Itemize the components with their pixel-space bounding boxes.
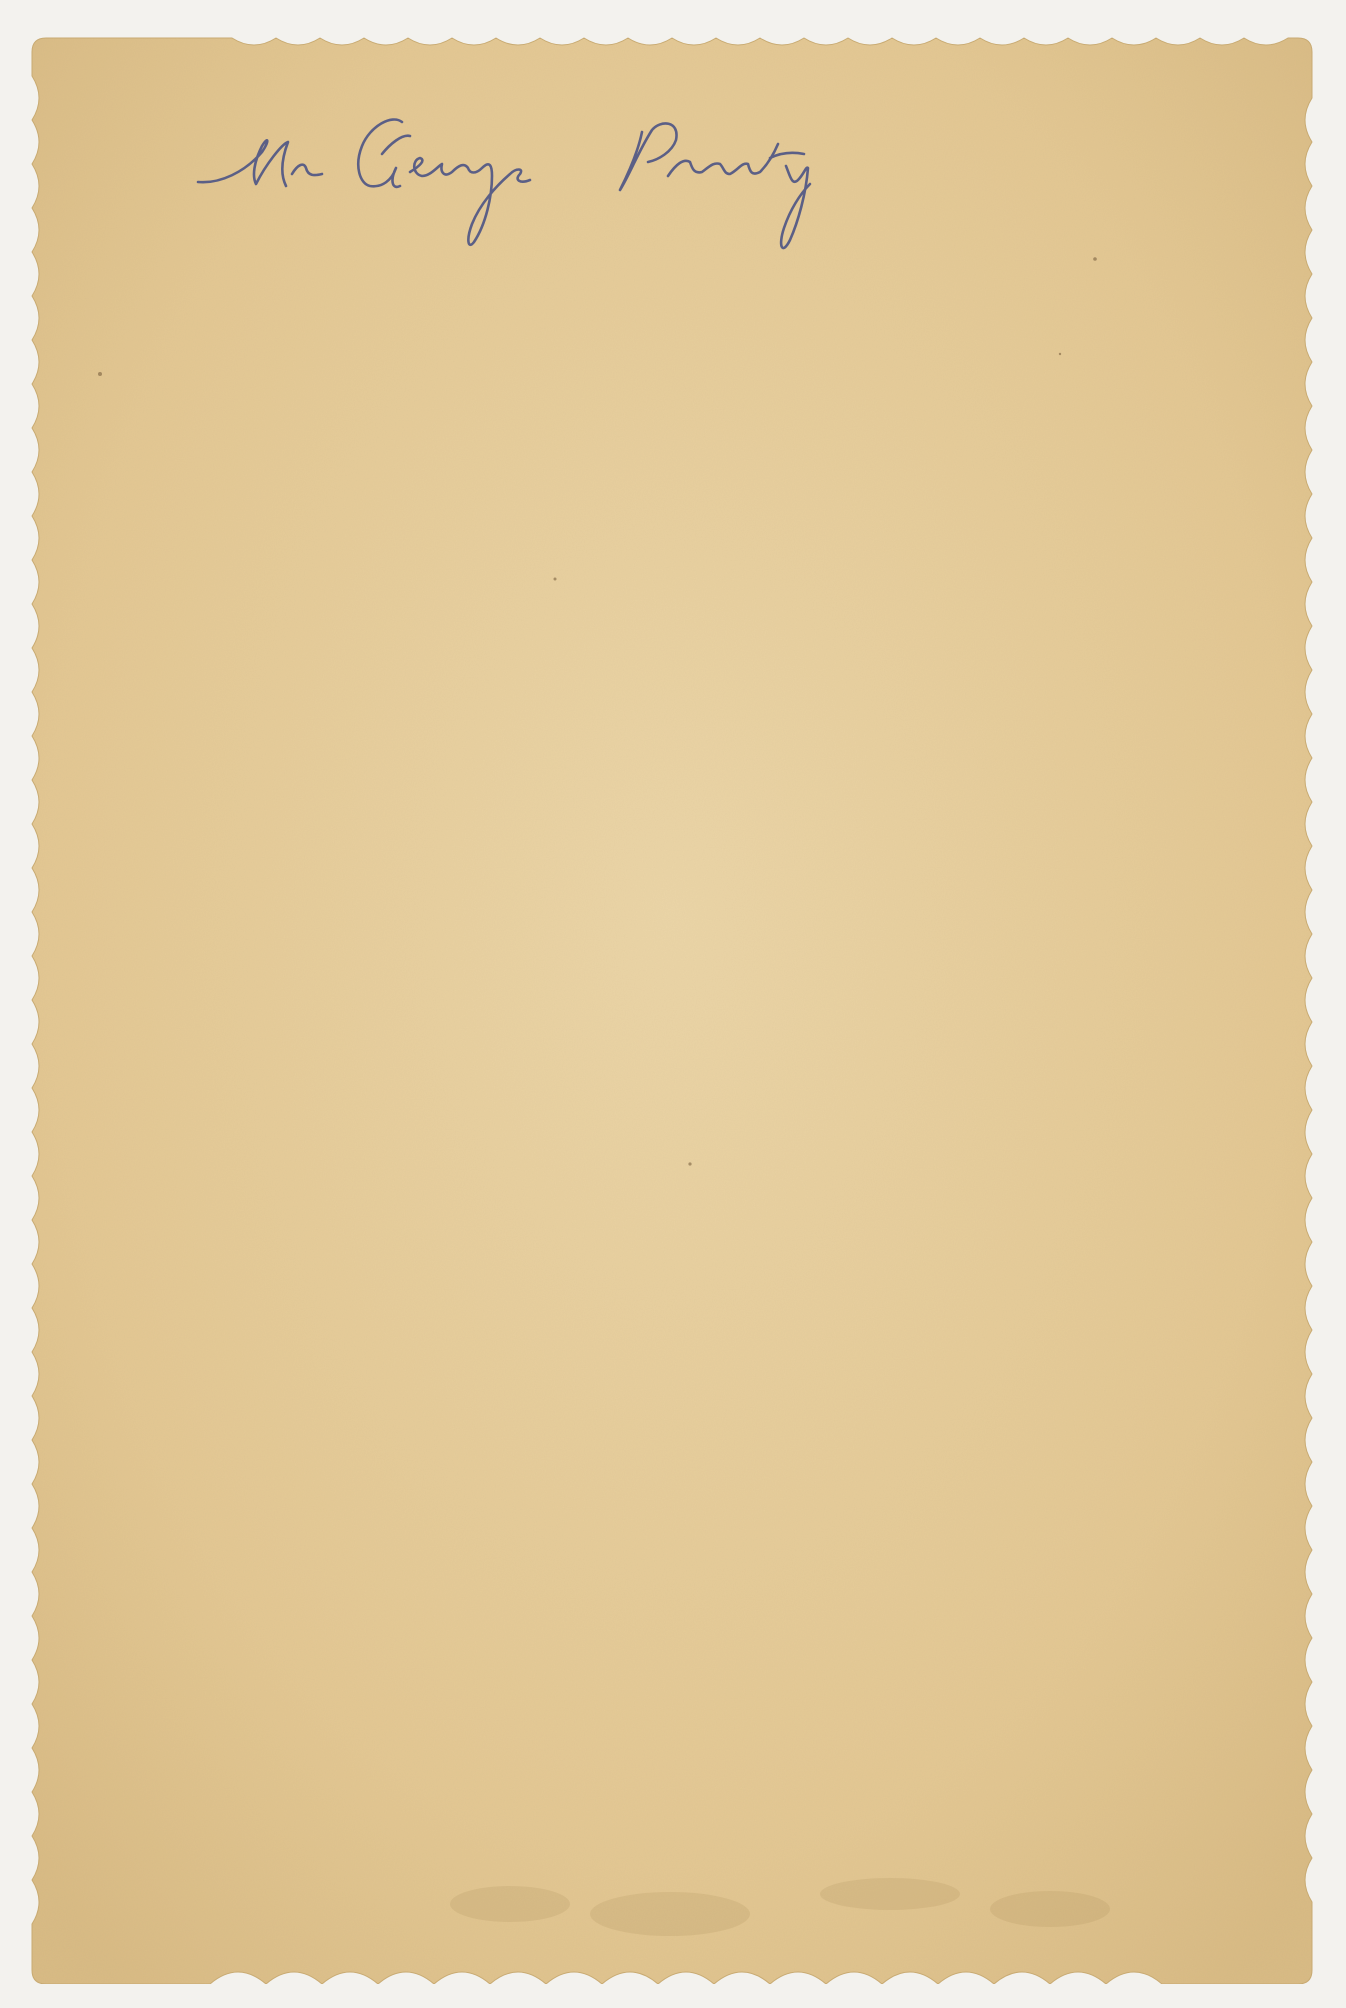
card: Mr George Prouty bbox=[30, 34, 1314, 1984]
inscription-text: Mr George Prouty bbox=[219, 119, 773, 189]
handwritten-inscription: Mr George Prouty bbox=[30, 34, 1314, 1984]
